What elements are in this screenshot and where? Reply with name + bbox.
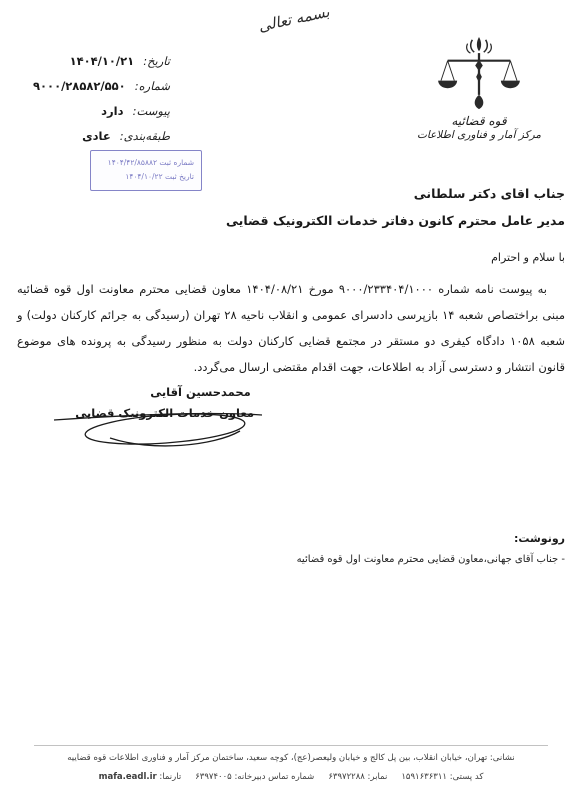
number-label: شماره: [135,79,170,93]
meta-row-attachment: پیوست: دارد [12,98,170,123]
meta-row-date: تاریخ: ۱۴۰۴/۱۰/۲۱ [12,48,170,73]
number-value: ۹۰۰۰/۲۸۵۸۲/۵۵۰ [33,79,126,93]
website-value: mafa.eadl.ir [99,772,157,782]
postal-value: ۱۵۹۱۶۳۶۳۱۱ [401,772,447,782]
meta-row-number: شماره: ۹۰۰۰/۲۸۵۸۲/۵۵۰ [12,73,170,98]
classification-value: عادی [82,129,111,143]
signatory-name: محمدحسین آقایی [143,385,258,399]
footer-phone: شماره تماس دبیرخانه: ۶۳۹۷۴۰۰۵ [195,772,314,782]
recipient-title: مدیر عامل محترم کانون دفاتر خدمات الکترو… [17,207,565,234]
letterhead: قوه قضائیه مرکز آمار و فناوری اطلاعات [404,36,554,141]
official-letter-page: بسمه تعالی تاریخ: ۱۴۰۴/۱۰/۲۱ شماره: ۹۰۰۰… [0,0,582,800]
date-value: ۱۴۰۴/۱۰/۲۱ [70,54,135,68]
cc-item: - جناب آقای جهانی،معاون قضایی محترم معاو… [297,554,565,565]
footer-contacts: کد پستی: ۱۵۹۱۶۳۶۳۱۱ نمابر: ۶۳۹۷۲۲۸۸ شمار… [0,772,582,782]
fax-value: ۶۳۹۷۲۲۸۸ [328,772,365,782]
footer-website: تارنما: mafa.eadl.ir [99,772,182,782]
handwritten-signature [52,398,264,456]
meta-row-classification: طبقه‌بندی: عادی [12,123,170,148]
recipient-block: جناب اقای دکتر سلطانی مدیر عامل محترم کا… [17,180,565,234]
phone-label: شماره تماس دبیرخانه: [234,772,314,782]
letter-body: به پیوست نامه شماره ۹۰۰۰/۲۳۳۴۰۴/۱۰۰۰ مور… [17,276,565,380]
bismillah-calligraphy: بسمه تعالی [257,3,331,36]
phone-value: ۶۳۹۷۴۰۰۵ [195,772,232,782]
website-label: تارنما: [159,772,181,782]
postal-label: کد پستی: [450,772,484,782]
attachment-label: پیوست: [133,104,170,118]
org-name-judiciary: قوه قضائیه [404,114,554,128]
letter-meta-block: تاریخ: ۱۴۰۴/۱۰/۲۱ شماره: ۹۰۰۰/۲۸۵۸۲/۵۵۰ … [12,48,170,148]
footer-fax: نمابر: ۶۳۹۷۲۲۸۸ [328,772,387,782]
classification-label: طبقه‌بندی: [120,129,170,143]
recipient-name: جناب اقای دکتر سلطانی [17,180,565,207]
footer-postal: کد پستی: ۱۵۹۱۶۳۶۳۱۱ [401,772,483,782]
judiciary-scales-icon [436,36,522,112]
salutation: با سلام و احترام [491,251,565,264]
org-name-center: مرکز آمار و فناوری اطلاعات [404,129,554,141]
footer-address: نشانی: تهران، خیابان انقلاب، بین پل کالج… [0,753,582,763]
cc-heading: رونوشت: [514,532,565,545]
attachment-value: دارد [101,104,123,118]
registration-number: شماره ثبت ۱۴۰۴/۴۲/۸۵۸۸۲ [98,156,194,170]
footer-divider [34,745,548,746]
fax-label: نمابر: [368,772,388,782]
date-label: تاریخ: [143,54,170,68]
